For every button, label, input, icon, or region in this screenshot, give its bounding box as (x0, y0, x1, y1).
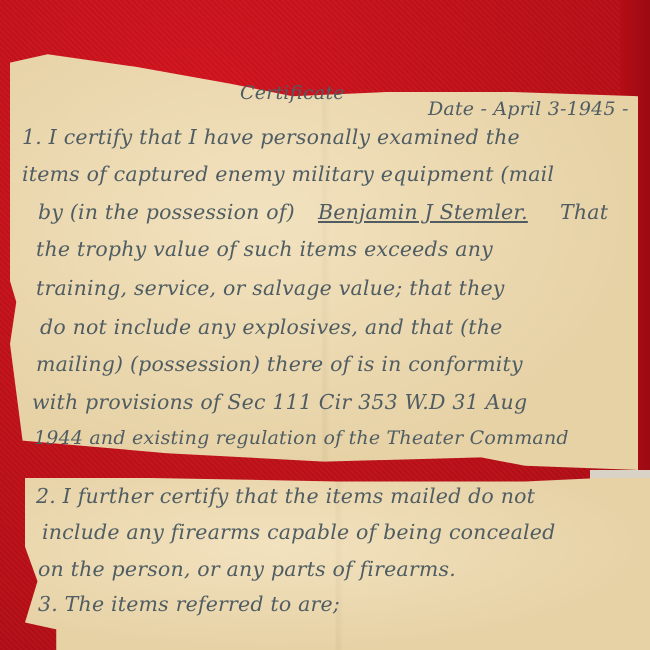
p1-line-7: mailing) (possession) there of is in con… (36, 352, 523, 376)
p1-line-8: with provisions of Sec 111 Cir 353 W.D 3… (32, 390, 527, 414)
document-date: Date - April 3-1945 - (428, 98, 629, 120)
p1-line-3c: That (560, 200, 608, 224)
p2-line-1: 2. I further certify that the items mail… (36, 484, 535, 508)
recipient-name: Benjamin J Stemler. (318, 200, 528, 224)
p1-line-2: items of captured enemy military equipme… (22, 162, 554, 186)
p1-line-5: training, service, or salvage value; tha… (36, 276, 505, 300)
p1-line-3a: by (in the possession of) (38, 200, 295, 224)
p3-line-1: 3. The items referred to are; (38, 592, 340, 616)
document-title: Certificate (240, 82, 345, 104)
p2-line-3: on the person, or any parts of firearms. (38, 557, 456, 581)
p1-line-6: do not include any explosives, and that … (40, 315, 502, 339)
p2-line-2: include any firearms capable of being co… (42, 520, 555, 544)
p1-line-9: 1944 and existing regulation of the Thea… (34, 427, 569, 449)
p1-line-4: the trophy value of such items exceeds a… (36, 237, 493, 261)
p1-line-1: 1. I certify that I have personally exam… (22, 125, 520, 149)
